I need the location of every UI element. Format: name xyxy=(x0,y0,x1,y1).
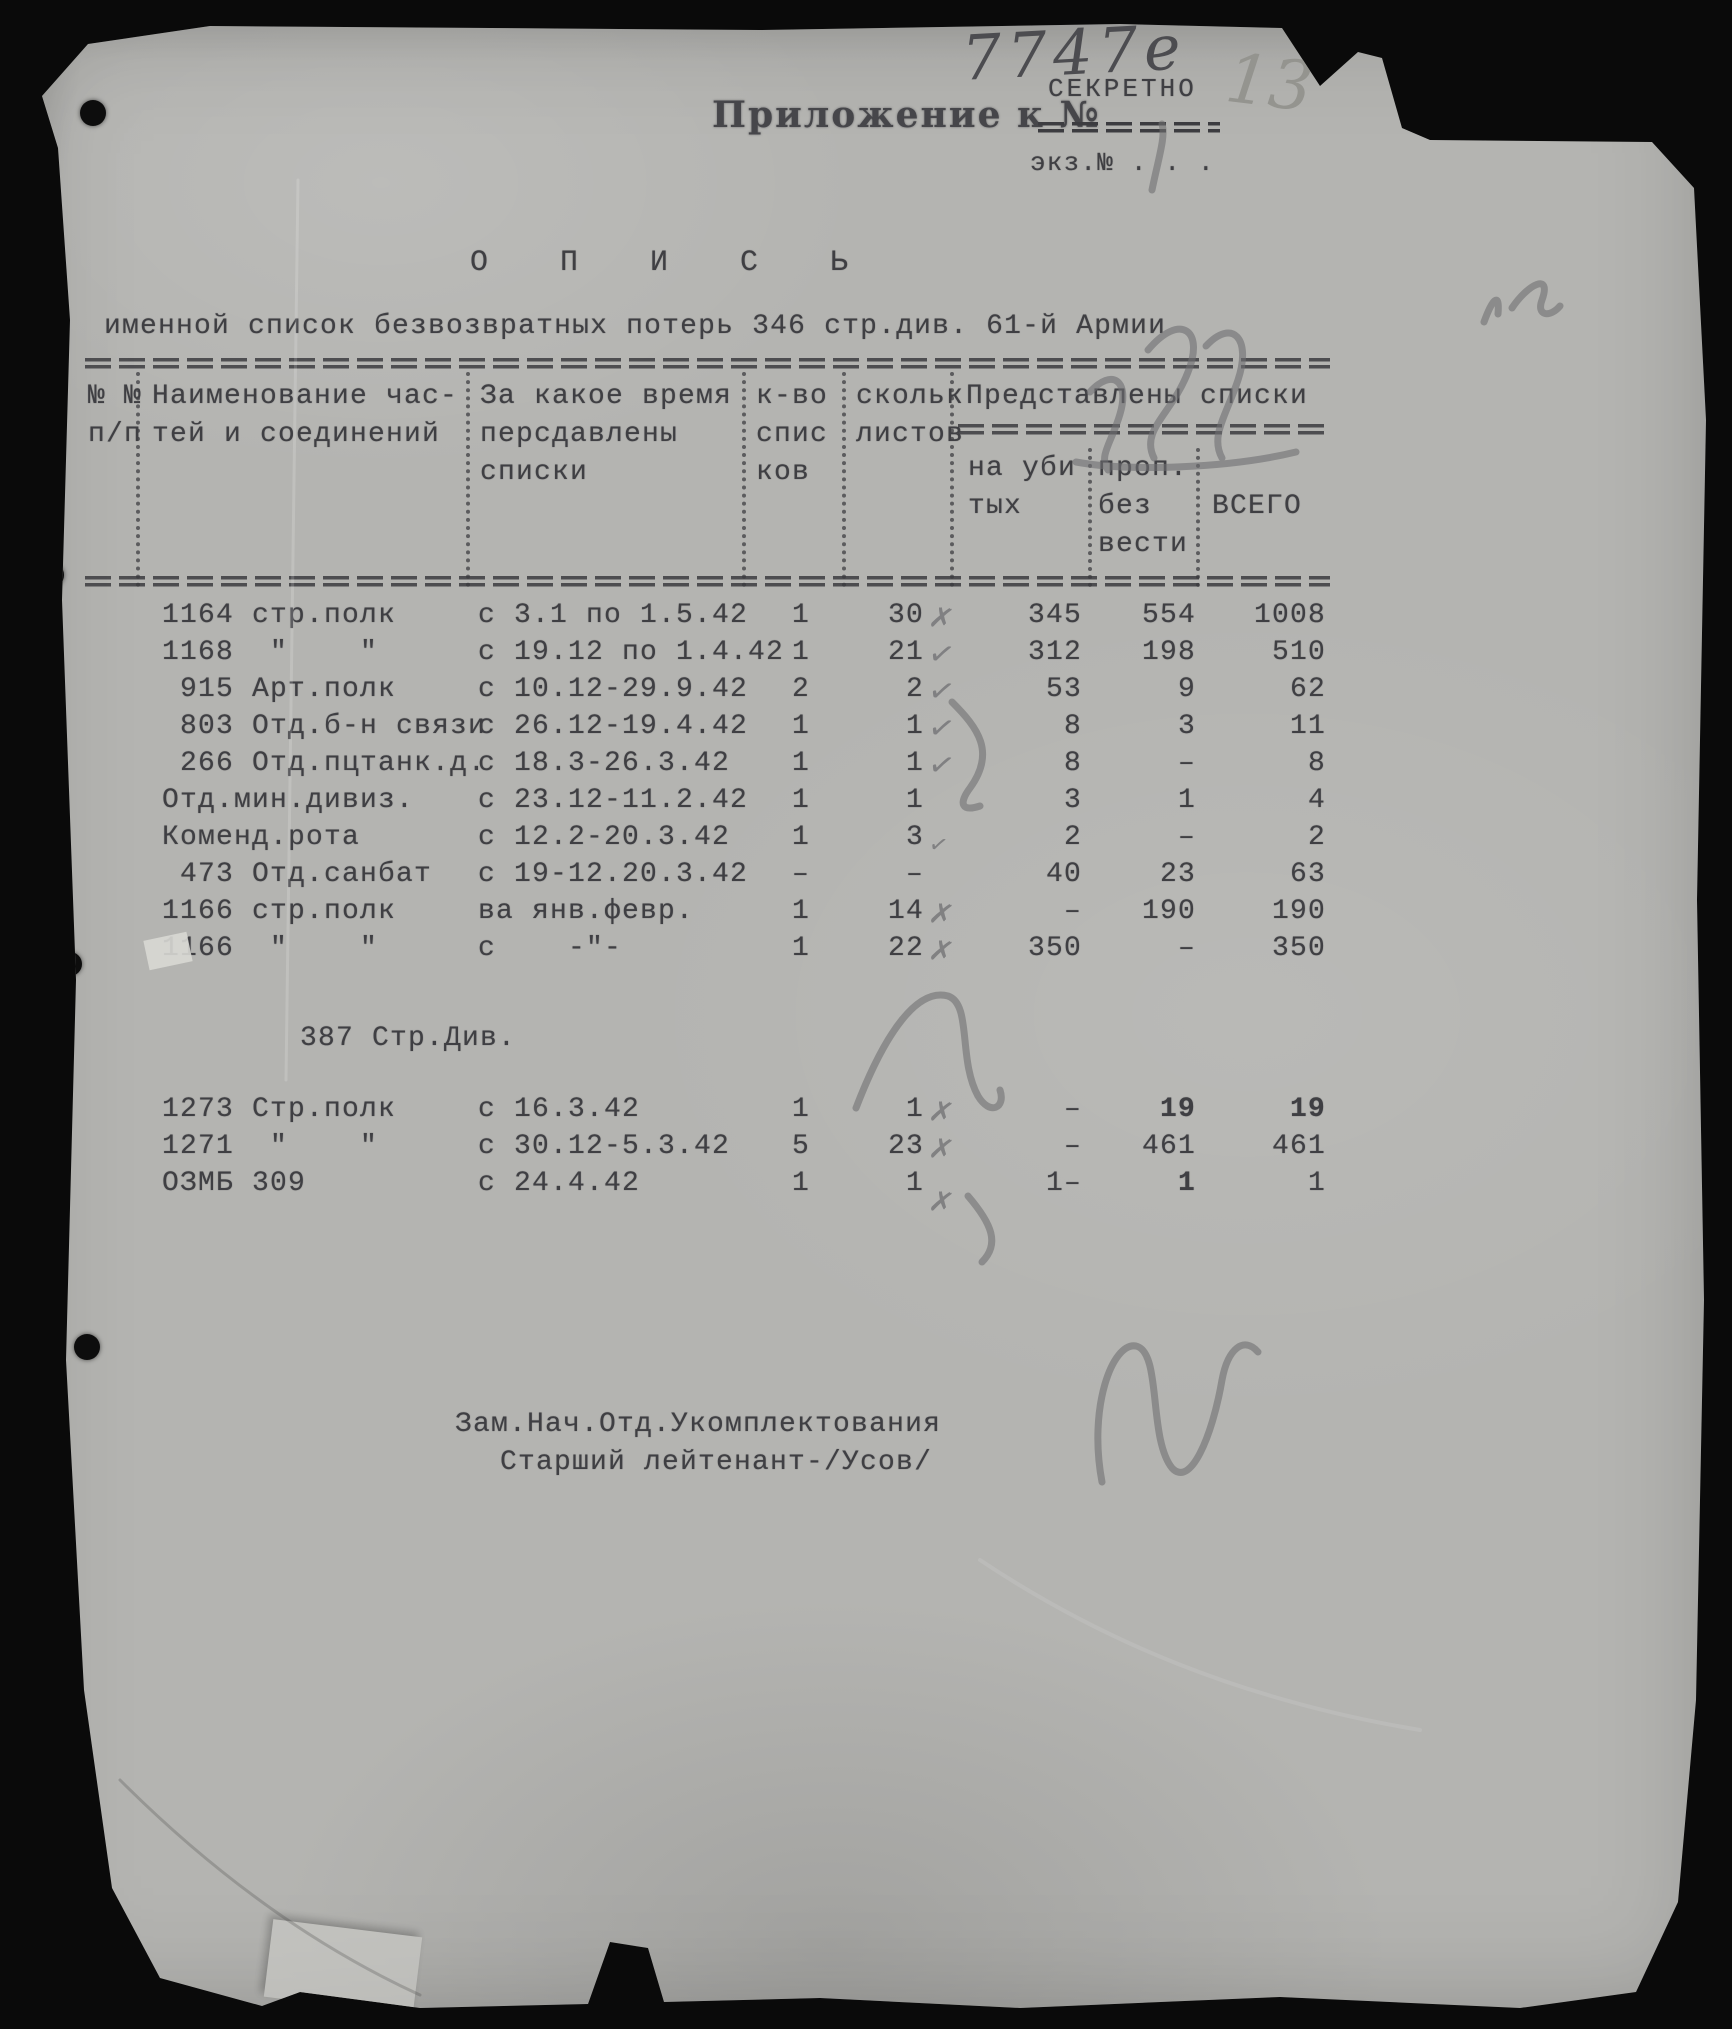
period: с 12.2-20.3.42 xyxy=(478,822,730,853)
killed-count: 40 xyxy=(950,859,1082,890)
header-period: персдавлены xyxy=(480,418,678,452)
total-count: 63 xyxy=(1200,859,1326,890)
signature-position: Зам.Нач.Отд.Укомплектования xyxy=(455,1408,941,1442)
table-header-bottom-rule xyxy=(85,576,1330,587)
header-sheets: скольк xyxy=(856,380,964,414)
total-count: 19 xyxy=(1200,1094,1326,1125)
total-count: 1 xyxy=(1200,1168,1326,1199)
period: с -"- xyxy=(478,933,622,964)
crease-line xyxy=(980,1560,1420,1730)
unit-name: 915 Арт.полк xyxy=(162,674,396,705)
header-missing: без xyxy=(1098,490,1152,524)
sheets-count: 22 xyxy=(834,933,924,964)
table-row: 1168 " "с 19.12 по 1.4.42121✓312198510 xyxy=(0,637,1500,674)
lists-count: 1 xyxy=(730,933,810,964)
missing-count: 19 xyxy=(1090,1094,1196,1125)
lists-count: 1 xyxy=(730,1168,810,1199)
section-header-387: 387 Стр.Див. xyxy=(300,1022,516,1056)
missing-count: 198 xyxy=(1090,637,1196,668)
scan-background: 7747е СЕКРЕТНО Приложение к № экз.№ . . … xyxy=(0,0,1732,2029)
sheets-count: 1 xyxy=(834,785,924,816)
period: ва янв.февр. xyxy=(478,896,694,927)
table-row: 803 Отд.б-н связис 26.12-19.4.4211✓8311 xyxy=(0,711,1500,748)
period: с 30.12-5.3.42 xyxy=(478,1131,730,1162)
killed-count: – xyxy=(950,1094,1082,1125)
header-presented: Представлены списки xyxy=(966,380,1308,414)
header-lists: спис xyxy=(756,418,828,452)
table-top-rule xyxy=(85,358,1330,369)
sheets-count: 1 xyxy=(834,748,924,779)
table-row: 1166 " "с -"-122✗350–350 xyxy=(0,933,1500,970)
period: с 10.12-29.9.42 xyxy=(478,674,748,705)
period: с 16.3.42 xyxy=(478,1094,640,1125)
lists-count: – xyxy=(730,859,810,890)
missing-count: 9 xyxy=(1090,674,1196,705)
total-count: 510 xyxy=(1200,637,1326,668)
sheets-count: 21 xyxy=(834,637,924,668)
unit-name: ОЗМБ 309 xyxy=(162,1168,306,1199)
header-missing: вести xyxy=(1098,528,1188,562)
lists-count: 1 xyxy=(730,896,810,927)
header-period: списки xyxy=(480,456,588,490)
unit-name: Отд.мин.дивиз. xyxy=(162,785,414,816)
killed-count: 8 xyxy=(950,748,1082,779)
period: с 19-12.20.3.42 xyxy=(478,859,748,890)
total-count: 2 xyxy=(1200,822,1326,853)
missing-count: 461 xyxy=(1090,1131,1196,1162)
column-separator xyxy=(1196,448,1200,587)
table-row: 915 Арт.полкс 10.12-29.9.4222✓53962 xyxy=(0,674,1500,711)
header-lists: к-во xyxy=(756,380,828,414)
table-row: Отд.мин.дивиз.с 23.12-11.2.4211314 xyxy=(0,785,1500,822)
total-count: 62 xyxy=(1200,674,1326,705)
sheets-count: 1 xyxy=(834,711,924,742)
killed-count: 3 xyxy=(950,785,1082,816)
table-row: 473 Отд.санбатс 19-12.20.3.42––402363 xyxy=(0,859,1500,896)
appendix-blank-line xyxy=(1038,122,1220,133)
punch-hole xyxy=(38,562,64,588)
missing-count: – xyxy=(1090,933,1196,964)
unit-name: 803 Отд.б-н связи xyxy=(162,711,486,742)
unit-name: 1166 " " xyxy=(162,933,378,964)
killed-count: – xyxy=(950,1131,1082,1162)
page-number-pencil: 13 xyxy=(1222,39,1318,128)
total-count: 350 xyxy=(1200,933,1326,964)
lists-count: 1 xyxy=(730,748,810,779)
punch-hole xyxy=(34,150,54,170)
header-killed: на уби xyxy=(968,452,1076,486)
missing-count: 1 xyxy=(1090,785,1196,816)
punch-hole xyxy=(58,952,82,976)
sheets-count: 23 xyxy=(834,1131,924,1162)
table-row: Коменд.ротас 12.2-20.3.4213✓2–2 xyxy=(0,822,1500,859)
unit-name: 1273 Стр.полк xyxy=(162,1094,396,1125)
header-name: Наименование час- xyxy=(152,380,458,414)
missing-count: 3 xyxy=(1090,711,1196,742)
unit-name: 1271 " " xyxy=(162,1131,378,1162)
lists-count: 1 xyxy=(730,785,810,816)
table-row: 1271 " "с 30.12-5.3.42523✗–461461 xyxy=(0,1131,1500,1168)
period: с 24.4.42 xyxy=(478,1168,640,1199)
lists-count: 1 xyxy=(730,822,810,853)
unit-name: 266 Отд.пцтанк.д. xyxy=(162,748,486,779)
header-lists: ков xyxy=(756,456,810,490)
column-separator xyxy=(466,372,470,587)
period: с 3.1 по 1.5.42 xyxy=(478,600,748,631)
header-period: За какое время xyxy=(480,380,732,414)
header-missing: проп. xyxy=(1098,452,1188,486)
sheets-count: 14 xyxy=(834,896,924,927)
unit-name: Коменд.рота xyxy=(162,822,360,853)
killed-count: 312 xyxy=(950,637,1082,668)
header-num: № № xyxy=(88,380,142,414)
column-separator xyxy=(742,372,746,587)
killed-count: 345 xyxy=(950,600,1082,631)
missing-count: – xyxy=(1090,748,1196,779)
table-row: 1164 стр.полкс 3.1 по 1.5.42130✗34555410… xyxy=(0,600,1500,637)
lists-count: 5 xyxy=(730,1131,810,1162)
table-row: 1273 Стр.полкс 16.3.4211✗–1919 xyxy=(0,1094,1500,1131)
sheets-count: 1 xyxy=(834,1168,924,1199)
header-name: тей и соединений xyxy=(152,418,440,452)
missing-count: 554 xyxy=(1090,600,1196,631)
unit-name: 1166 стр.полк xyxy=(162,896,396,927)
sheets-count: 1 xyxy=(834,1094,924,1125)
killed-count: 350 xyxy=(950,933,1082,964)
header-num: п/п xyxy=(88,418,142,452)
header-killed: тых xyxy=(968,490,1022,524)
presented-sub-rule xyxy=(958,424,1328,435)
paper-tear-flap xyxy=(264,1919,422,2015)
column-separator xyxy=(842,372,846,587)
page-title: О П И С Ь xyxy=(470,246,860,280)
lists-count: 1 xyxy=(730,637,810,668)
missing-count: 190 xyxy=(1090,896,1196,927)
header-sheets: листов xyxy=(856,418,964,452)
handwritten-signature xyxy=(1098,1345,1258,1482)
unit-name: 1168 " " xyxy=(162,637,378,668)
total-count: 190 xyxy=(1200,896,1326,927)
table-row: 266 Отд.пцтанк.д.с 18.3-26.3.4211✓8–8 xyxy=(0,748,1500,785)
killed-count: 8 xyxy=(950,711,1082,742)
punch-hole xyxy=(74,1334,100,1360)
sheets-count: 3 xyxy=(834,822,924,853)
missing-count: 23 xyxy=(1090,859,1196,890)
killed-count: 2 xyxy=(950,822,1082,853)
lists-count: 1 xyxy=(730,711,810,742)
pencil-flourish xyxy=(856,995,1001,1108)
total-count: 8 xyxy=(1200,748,1326,779)
punch-hole xyxy=(80,100,106,126)
period: с 26.12-19.4.42 xyxy=(478,711,748,742)
header-total: ВСЕГО xyxy=(1212,490,1302,524)
sheets-count: 2 xyxy=(834,674,924,705)
period: с 23.12-11.2.42 xyxy=(478,785,748,816)
killed-count: 1– xyxy=(950,1168,1082,1199)
pencil-annotations xyxy=(0,0,1732,2029)
period: с 18.3-26.3.42 xyxy=(478,748,730,779)
total-count: 11 xyxy=(1200,711,1326,742)
unit-name: 1164 стр.полк xyxy=(162,600,396,631)
total-count: 4 xyxy=(1200,785,1326,816)
copy-number-line: экз.№ . . . xyxy=(1030,146,1215,180)
pencil-check-note xyxy=(1484,284,1560,322)
signature-name: Старший лейтенант-/Усов/ xyxy=(500,1446,932,1480)
total-count: 1008 xyxy=(1200,600,1326,631)
lists-count: 2 xyxy=(730,674,810,705)
total-count: 461 xyxy=(1200,1131,1326,1162)
document-paper: 7747е СЕКРЕТНО Приложение к № экз.№ . . … xyxy=(0,0,1732,2029)
killed-count: – xyxy=(950,896,1082,927)
missing-count: 1 xyxy=(1090,1168,1196,1199)
column-separator xyxy=(1088,448,1092,587)
lists-count: 1 xyxy=(730,600,810,631)
sheets-count: – xyxy=(834,859,924,890)
unit-name: 473 Отд.санбат xyxy=(162,859,432,890)
killed-count: 53 xyxy=(950,674,1082,705)
page-subtitle: именной список безвозвратных потерь 346 … xyxy=(104,310,1166,344)
lists-count: 1 xyxy=(730,1094,810,1125)
table-row: ОЗМБ 309с 24.4.4211✗1–11 xyxy=(0,1168,1500,1205)
sheets-count: 30 xyxy=(834,600,924,631)
table-row: 1166 стр.полква янв.февр.114✗–190190 xyxy=(0,896,1500,933)
missing-count: – xyxy=(1090,822,1196,853)
